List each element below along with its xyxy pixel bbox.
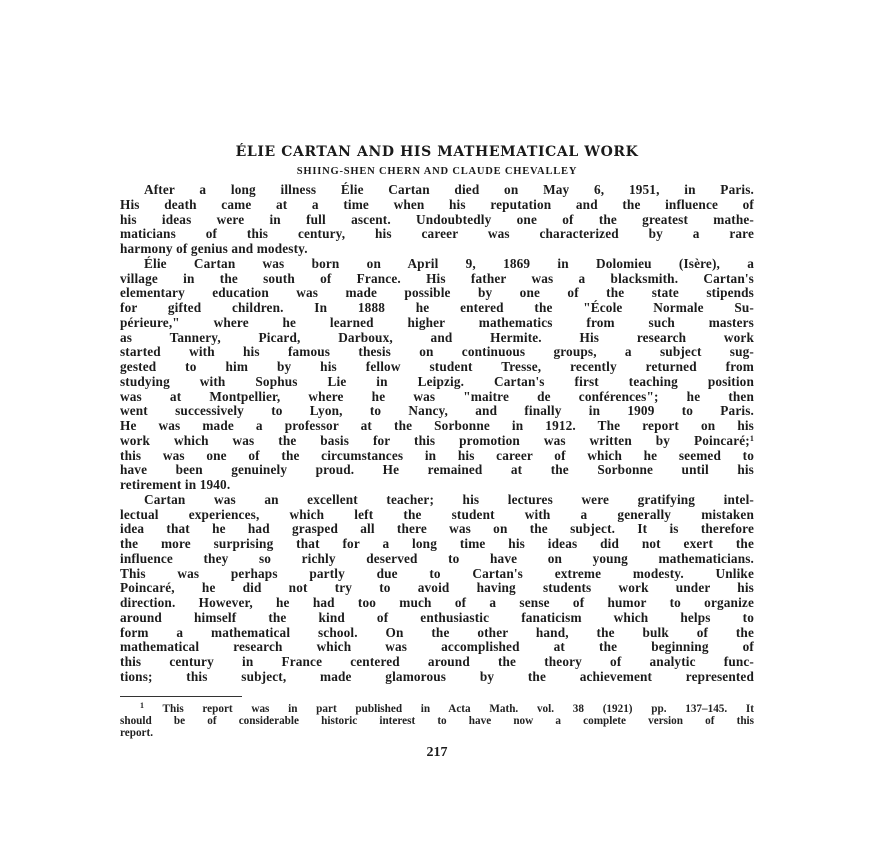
body-line: around himself the kind of enthusiastic … bbox=[120, 611, 754, 626]
body-line-with-footnote-ref: work which was the basis for this promot… bbox=[120, 434, 754, 449]
article-title: ÉLIE CARTAN AND HIS MATHEMATICAL WORK bbox=[120, 143, 754, 161]
body-line: elementary education was made possible b… bbox=[120, 286, 754, 301]
body-line: périeure," where he learned higher mathe… bbox=[120, 316, 754, 331]
body-line: studying with Sophus Lie in Leipzig. Car… bbox=[120, 375, 754, 390]
body-line: this century in France centered around t… bbox=[120, 655, 754, 670]
body-line: went successively to Lyon, to Nancy, and… bbox=[120, 404, 754, 419]
footnote-text: This report was in part published in Act… bbox=[163, 703, 754, 715]
body-line: his ideas were in full ascent. Undoubted… bbox=[120, 213, 754, 228]
body-line: This was perhaps partly due to Cartan's … bbox=[120, 567, 754, 582]
body-line: He was made a professor at the Sorbonne … bbox=[120, 419, 754, 434]
footnote-marker: 1 bbox=[140, 701, 144, 710]
body-line: Cartan was an excellent teacher; his lec… bbox=[120, 493, 754, 508]
body-line: direction. However, he had too much of a… bbox=[120, 596, 754, 611]
footnote: 1 This report was in part published in A… bbox=[120, 703, 754, 740]
footnote-reference[interactable]: 1 bbox=[750, 434, 754, 443]
body-line: lectual experiences, which left the stud… bbox=[120, 508, 754, 523]
body-line: for gifted children. In 1888 he entered … bbox=[120, 301, 754, 316]
footnote-line: 1 This report was in part published in A… bbox=[120, 703, 754, 715]
body-line: tions; this subject, made glamorous by t… bbox=[120, 670, 754, 685]
body-line: started with his famous thesis on contin… bbox=[120, 345, 754, 360]
body-line: maticians of this century, his career wa… bbox=[120, 227, 754, 242]
body-line: harmony of genius and modesty. bbox=[120, 242, 754, 257]
body-line: have been genuinely proud. He remained a… bbox=[120, 463, 754, 478]
footnote-line: report. bbox=[120, 727, 754, 739]
footnote-line: should be of considerable historic inter… bbox=[120, 715, 754, 727]
page-number: 217 bbox=[120, 745, 754, 761]
body-line: After a long illness Élie Cartan died on… bbox=[120, 183, 754, 198]
body-line: retirement in 1940. bbox=[120, 478, 754, 493]
body-line: form a mathematical school. On the other… bbox=[120, 626, 754, 641]
body-line: His death came at a time when his reputa… bbox=[120, 198, 754, 213]
body-line: mathematical research which was accompli… bbox=[120, 640, 754, 655]
body-line: influence they so richly deserved to hav… bbox=[120, 552, 754, 567]
body-line: gested to him by his fellow student Tres… bbox=[120, 360, 754, 375]
article-authors: SHIING-SHEN CHERN AND CLAUDE CHEVALLEY bbox=[120, 165, 754, 179]
body-line: as Tannery, Picard, Darboux, and Hermite… bbox=[120, 331, 754, 346]
body-line: this was one of the circumstances in his… bbox=[120, 449, 754, 464]
body-line-text: work which was the basis for this promot… bbox=[120, 433, 750, 448]
body-line: idea that he had grasped all there was o… bbox=[120, 522, 754, 537]
body-line: the more surprising that for a long time… bbox=[120, 537, 754, 552]
document-page: ÉLIE CARTAN AND HIS MATHEMATICAL WORK SH… bbox=[0, 0, 870, 842]
body-line: was at Montpellier, where he was "maitre… bbox=[120, 390, 754, 405]
footnote-divider bbox=[120, 696, 242, 697]
article-body: After a long illness Élie Cartan died on… bbox=[120, 183, 754, 685]
body-line: Élie Cartan was born on April 9, 1869 in… bbox=[120, 257, 754, 272]
body-line: Poincaré, he did not try to avoid having… bbox=[120, 581, 754, 596]
body-line: village in the south of France. His fath… bbox=[120, 272, 754, 287]
